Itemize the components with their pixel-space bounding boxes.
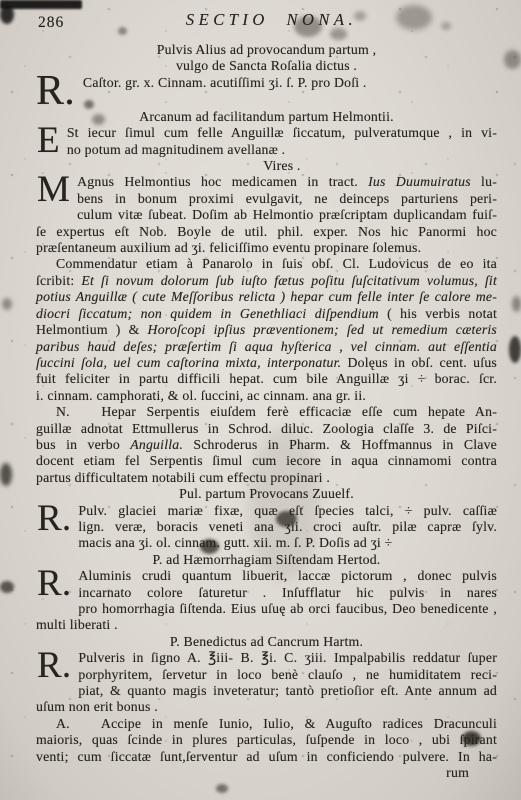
text-line: i. cinnam. camphorati, & ol. ſuccini, ac…: [36, 388, 497, 404]
text-line: venti; cum ſiccatæ ſunt,ſerventur ad uſu…: [36, 749, 497, 765]
drop-cap-initial: E: [37, 126, 60, 158]
text-line: partus difficultatem notabili cum effect…: [36, 470, 497, 486]
text-line: maioris, quas ſcinde in plures particula…: [36, 732, 497, 748]
section-heading: Vires .: [36, 158, 497, 174]
text-segment: Et ſi novum dolorum ſub iuſto fætus poſi…: [81, 273, 497, 288]
text-line: ſe expertus eſt Nob. Boyle de util. phil…: [36, 224, 497, 240]
text-line: Pulv. glaciei mariæ fixæ, quæ eſt ſpecie…: [36, 503, 497, 519]
catchword: rum: [36, 765, 497, 781]
text-line: paribus haud deſes; præſertim ſi aqua hy…: [36, 339, 497, 355]
text-segment: Anguilla.: [130, 437, 183, 452]
text-line: bens in bonum proximi evulgavit, ne dein…: [36, 191, 497, 207]
drop-cap-initial: M: [37, 175, 70, 207]
page-number: 286: [38, 15, 64, 31]
section-heading: Pulvis Alius ad provocandum partum ,: [36, 42, 497, 58]
section-heading: vulgo de Sancta Roſalia dictus .: [36, 58, 497, 74]
text-line: pro homorrhagia ſiſtenda. Eius uſuę ab o…: [36, 601, 497, 617]
text-segment: ( his verbis notat: [379, 306, 497, 321]
text-segment: Agnus Helmontius hoc medicamen in tract.: [77, 174, 368, 189]
section-heading: P. Benedictus ad Cancrum Hartm.: [36, 634, 497, 650]
text-line: porphyritem, ſervetur in loco benè clauſ…: [36, 667, 497, 683]
text-line: ſuccini ſola, uel cum caſtorina mixta, i…: [36, 355, 497, 371]
ink-stain: [509, 336, 521, 363]
text-line: incarnato colore ſaturetur . Inſufflatur…: [36, 585, 497, 601]
text-line: multi liberati .: [36, 617, 497, 633]
text-line: diocri ſiccatum; non quidem in Genethlia…: [36, 306, 497, 322]
text-line: docent etiam fel Serpentis ſimul cum iec…: [36, 453, 497, 469]
text-line: A. Accipe in menſe Iunio, Iulio, & Auguſ…: [36, 716, 497, 732]
text-line: præſentaneum auxilium ad ʒi. feliciſſimo…: [36, 240, 497, 256]
text-segment: diocri ſiccatum; non quidem in Genethlia…: [36, 306, 379, 321]
text-segment: Dolęus in obſ. cent. uſus: [341, 355, 497, 370]
scanned-book-page: 286 SECTIO NONA. Pulvis Alius ad provoca…: [0, 0, 521, 800]
page-header: 286 SECTIO NONA.: [36, 12, 497, 38]
text-segment: Ius Duumuiratus: [368, 174, 471, 189]
paragraph: Commendatur etiam à Panarolo in ſuis obſ…: [36, 256, 497, 404]
text-segment: ſcribit:: [36, 273, 81, 288]
drop-cap-initial: R.: [37, 569, 71, 601]
text-segment: ſuccini ſola, uel cum caſtorina mixta, i…: [36, 355, 341, 370]
text-line: bus in verbo Anguilla. Schroderus in Pha…: [36, 437, 497, 453]
ink-stain: [0, 5, 14, 24]
text-line: Commendatur etiam à Panarolo in ſuis obſ…: [36, 256, 497, 272]
text-line: macis ana ʒi. ol. cinnam. gutt. xii. m. …: [36, 535, 497, 551]
recipe-paragraph: R. Pulv. glaciei mariæ fixæ, quæ eſt ſpe…: [36, 503, 497, 552]
recipe-paragraph: R. Aluminis crudi quantum libuerit, lacc…: [36, 568, 497, 634]
ink-stain: [0, 463, 12, 486]
text-line: lign. veræ, boracis veneti ana ʒii. croc…: [36, 519, 497, 535]
drop-cap-initial: R.: [37, 504, 71, 536]
ink-stain: [0, 581, 14, 593]
section-heading: P. ad Hæmorrhagiam Siſtendam Hertod.: [36, 552, 497, 568]
text-segment: Schroderus in Pharm. & Hoffmannus in Cla…: [183, 437, 497, 452]
text-line: St iecur ſimul cum felle Anguillæ ſiccat…: [36, 125, 497, 141]
text-line: guillæ adnotat Ettmullerus in Schrod. di…: [36, 421, 497, 437]
text-line: uſum non erit bonus .: [36, 699, 497, 715]
section-heading: Arcanum ad facilitandum partum Helmontii…: [36, 109, 497, 125]
text-line: Aluminis crudi quantum libuerit, laccæ p…: [36, 568, 497, 584]
ink-stain: [512, 296, 521, 312]
text-line: culum vitæ ſubeat. Doſim ab Helmontio pr…: [36, 207, 497, 223]
recipe-paragraph: R. Caſtor. gr. x. Cinnam. acutiſſimi ʒi.…: [36, 75, 497, 109]
drop-cap-initial: R.: [37, 651, 71, 683]
ink-stain: [2, 298, 12, 310]
ink-stain: [216, 784, 228, 793]
text-line: Caſtor. gr. x. Cinnam. acutiſſimi ʒi. ſ.…: [36, 75, 497, 91]
paragraph: E St iecur ſimul cum felle Anguillæ ſicc…: [36, 125, 497, 158]
text-line: Agnus Helmontius hoc medicamen in tract.…: [36, 174, 497, 190]
text-line: no potum ad magnitudinem avellanæ .: [36, 142, 497, 158]
ink-stain: [504, 50, 521, 69]
text-line: Pulveris in ſigno A. ℥iii- B. ℥i. C. ʒii…: [36, 650, 497, 666]
text-block: 286 SECTIO NONA. Pulvis Alius ad provoca…: [36, 12, 497, 781]
paragraph: M Agnus Helmontius hoc medicamen in trac…: [36, 174, 497, 256]
paragraph: N. Hepar Serpentis eiuſdem ferè efficaci…: [36, 404, 497, 486]
text-segment: Helmontium ) &: [36, 322, 148, 337]
paragraph: A. Accipe in menſe Iunio, Iulio, & Auguſ…: [36, 716, 497, 765]
text-segment: Horoſcopi ipſius præventionem; ſed ut re…: [148, 322, 497, 337]
drop-cap-initial: R.: [36, 75, 75, 109]
recipe-paragraph: R. Pulveris in ſigno A. ℥iii- B. ℥i. C. …: [36, 650, 497, 716]
text-line: piat, & quanto magis inveteratur; tantò …: [36, 683, 497, 699]
text-line: potius Anguillæ ( cute Meſſoribus relict…: [36, 289, 497, 305]
running-title: SECTIO NONA.: [36, 12, 497, 28]
text-line: Helmontium ) & Horoſcopi ipſius præventi…: [36, 322, 497, 338]
section-heading: Pul. partum Provocans Zuuelf.: [36, 486, 497, 502]
text-line: N. Hepar Serpentis eiuſdem ferè efficaci…: [36, 404, 497, 420]
text-segment: bus in verbo: [36, 437, 130, 452]
text-line: ſcribit: Et ſi novum dolorum ſub iuſto f…: [36, 273, 497, 289]
text-line: fuit feliciter in partu difficili hepat.…: [36, 371, 497, 387]
text-segment: lu-: [471, 174, 497, 189]
